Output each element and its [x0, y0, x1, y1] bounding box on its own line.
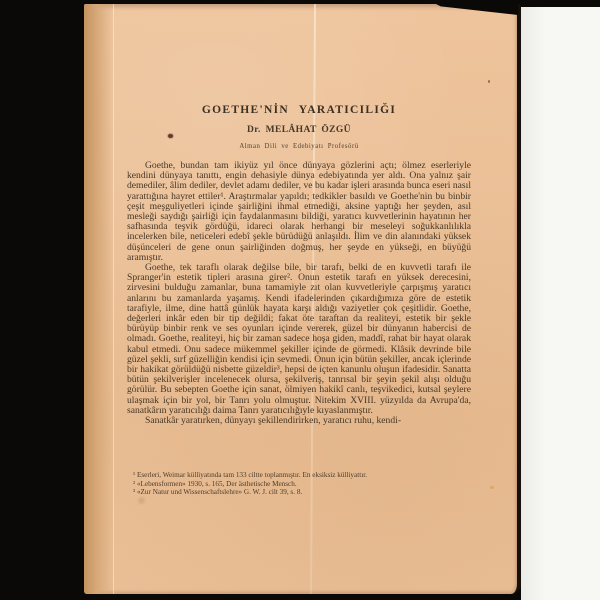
footnote: ² «Lebensformen» 1930, s. 165, Der ästhe…: [121, 480, 453, 489]
paper-fleck: [490, 486, 494, 489]
scanned-page: GOETHE'NİN YARATICILIĞI Dr. MELÂHAT ÖZGÜ…: [84, 4, 521, 594]
top-corner-shadow: [434, 3, 518, 15]
footnote: ³ «Zur Natur und Wissenschaftslehre» G. …: [121, 488, 453, 497]
body-paragraph: Sanatkâr yaratırken, dünyayı şekillendir…: [127, 416, 471, 426]
page-gutter-shadow: [84, 4, 114, 594]
footnote: ¹ Eserleri, Weimar külliyatında tam 133 …: [121, 471, 453, 480]
scanner-white-backing: [521, 7, 600, 600]
body-paragraph: Goethe, bundan tam ikiyüz yıl önce dünya…: [127, 161, 471, 263]
body-text: Goethe, bundan tam ikiyüz yıl önce dünya…: [127, 161, 471, 426]
paper-blot: [136, 496, 147, 505]
scan-photo: { "document": { "title": "GOETHE'NİN YAR…: [0, 0, 600, 600]
page-title: GOETHE'NİN YARATICILIĞI: [127, 104, 471, 116]
paper-speck: [488, 80, 490, 83]
body-paragraph: Goethe, tek taraflı olarak değilse bile,…: [127, 263, 471, 416]
author-affiliation: Alman Dili ve Edebiyatı Profesörü: [127, 143, 471, 150]
gutter-crease-line: [113, 4, 114, 594]
footnotes-block: ¹ Eserleri, Weimar külliyatında tam 133 …: [121, 471, 453, 497]
author-line: Dr. MELÂHAT ÖZGÜ: [127, 125, 471, 135]
